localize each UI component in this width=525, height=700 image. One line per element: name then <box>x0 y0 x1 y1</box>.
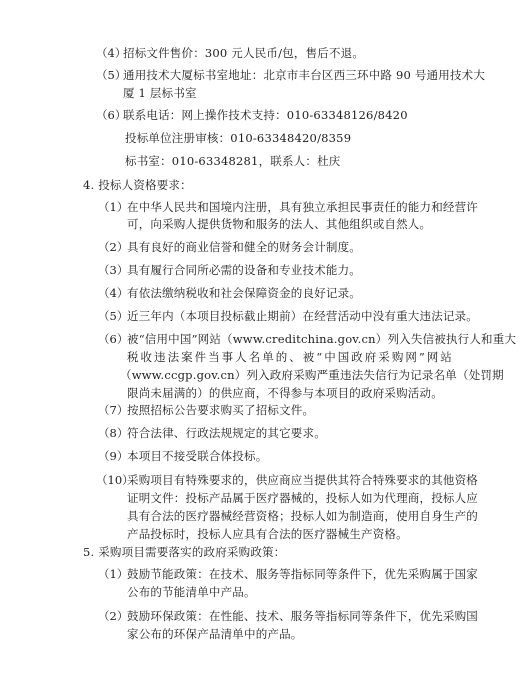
item-text: 有依法缴纳税收和社会保障资金的良好记录。 <box>127 286 361 300</box>
item-text: （www.ccgp.gov.cn）列入政府采购严重违法失信行为记录名单（处罚期 <box>120 368 504 382</box>
item-text: 产品投标时，投标人应具有合法的医疗器械生产资格。 <box>127 527 408 541</box>
item-text: 被“信用中国”网站（www.creditchina.gov.cn）列入失信被执行… <box>127 332 516 346</box>
item-text: 鼓励环保政策：在性能、技术、服务等指标同等条件下，优先采购国 <box>127 609 478 623</box>
item-text: 本项目不接受联合体投标。 <box>127 449 267 463</box>
item-text: 限尚未届满的）的供应商，不得参与本项目的政府采购活动。 <box>127 386 443 400</box>
item-label: （4） <box>96 46 126 60</box>
item-text: 投标单位注册审核：010-63348420/8359 <box>125 131 351 145</box>
item-label: （4） <box>98 286 128 300</box>
item-text: 按照招标公告要求购买了招标文件。 <box>127 403 314 417</box>
item-text: 可，向采购人提供货物和服务的法人、其他组织或自然人。 <box>127 217 431 231</box>
section-heading: 4. 投标人资格要求： <box>83 178 192 192</box>
item-text: 符合法律、行政法规规定的其它要求。 <box>127 426 326 440</box>
item-label: （5） <box>96 68 126 82</box>
item-text: 税收违法案件当事人名单的、被“中国政府采购网”网站 <box>127 350 452 364</box>
item-label: （2） <box>98 609 128 623</box>
item-label: （1） <box>98 200 128 214</box>
item-label: （3） <box>98 263 128 277</box>
item-label: （1） <box>98 567 128 581</box>
item-label: （7） <box>98 403 128 417</box>
item-text: 标书室：010-63348281，联系人：杜庆 <box>125 154 340 168</box>
section-heading: 5. 采购项目需要落实的政府采购政策： <box>83 545 285 559</box>
item-label: （2） <box>98 240 128 254</box>
item-text: 证明文件：投标产品属于医疗器械的，投标人如为代理商，投标人应 <box>127 491 478 505</box>
item-text: 具有合法的医疗器械经营资格；投标人如为制造商，使用自身生产的 <box>127 509 478 523</box>
item-label: （9） <box>98 449 128 463</box>
item-text: 鼓励节能政策：在技术、服务等指标同等条件下，优先采购属于国家 <box>127 567 478 581</box>
item-text: 具有履行合同所必需的设备和专业技术能力。 <box>127 263 361 277</box>
item-label: （5） <box>98 309 128 323</box>
item-text: 家公布的环保产品清单中的产品。 <box>127 627 303 641</box>
item-text: 具有良好的商业信誉和健全的财务会计制度。 <box>127 240 361 254</box>
item-text: 招标文件售价：300 元人民币/包，售后不退。 <box>123 46 364 60</box>
item-label: （6） <box>96 108 126 122</box>
item-text: 公布的节能清单中产品。 <box>127 585 256 599</box>
item-text: 通用技术大厦标书室地址：北京市丰台区西三环中路 90 号通用技术大 <box>123 68 485 82</box>
item-text: 在中华人民共和国境内注册，具有独立承担民事责任的能力和经营许 <box>127 200 478 214</box>
item-text: 联系电话：网上操作技术支持：010-63348126/8420 <box>123 108 408 122</box>
item-label: （6） <box>98 332 128 346</box>
item-text: 厦 1 层标书室 <box>123 86 197 100</box>
item-label: （8） <box>98 426 128 440</box>
item-text: 近三年内（本项目投标截止期前）在经营活动中没有重大违法记录。 <box>127 309 478 323</box>
item-text: 采购项目有特殊要求的，供应商应当提供其符合特殊要求的其他资格 <box>127 473 478 487</box>
